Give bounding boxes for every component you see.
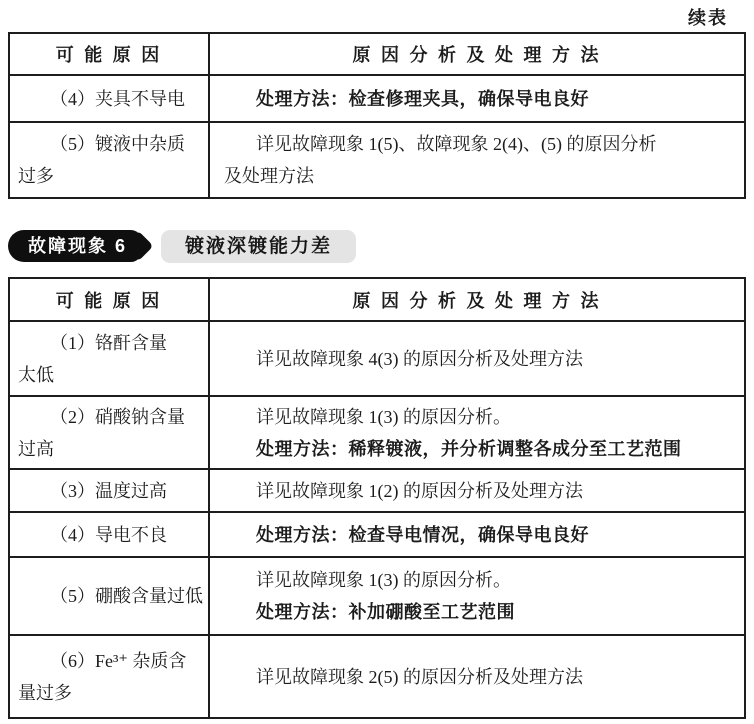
cause-line: （5）硼酸含量过低 — [18, 580, 202, 612]
analysis-cell: 详见故障现象 4(3) 的原因分析及处理方法 — [209, 321, 745, 396]
analysis-cell: 详见故障现象 1(3) 的原因分析。处理方法：补加硼酸至工艺范围 — [209, 557, 745, 635]
cause-cell: （4）导电不良 — [9, 512, 209, 557]
analysis-line: 详见故障现象 1(3) 的原因分析。 — [224, 564, 734, 596]
cause-line: （4）夹具不导电 — [18, 83, 202, 115]
analysis-line: 处理方法：补加硼酸至工艺范围 — [224, 596, 734, 628]
header-row: 可 能 原 因 原 因 分 析 及 处 理 方 法 — [9, 278, 745, 321]
cause-line: （1）铬酐含量 — [18, 327, 202, 359]
fault-table-deep-plating: 可 能 原 因 原 因 分 析 及 处 理 方 法 （1）铬酐含量太低详见故障现… — [8, 277, 746, 719]
cause-cell: （1）铬酐含量太低 — [9, 321, 209, 396]
header-row: 可 能 原 因 原 因 分 析 及 处 理 方 法 — [9, 33, 745, 75]
header-possible-cause: 可 能 原 因 — [9, 278, 209, 321]
cause-line: （3）温度过高 — [18, 475, 202, 507]
analysis-line: 处理方法：检查导电情况，确保导电良好 — [224, 519, 734, 551]
analysis-cell: 处理方法：检查修理夹具，确保导电良好 — [209, 75, 745, 122]
table-row: （2）硝酸钠含量过高详见故障现象 1(3) 的原因分析。处理方法：稀释镀液，并分… — [9, 396, 745, 469]
header-analysis-treatment: 原 因 分 析 及 处 理 方 法 — [209, 33, 745, 75]
table-row: （6）Fe³⁺ 杂质含量过多详见故障现象 2(5) 的原因分析及处理方法 — [9, 635, 745, 718]
cause-line: （6）Fe³⁺ 杂质含 — [18, 645, 202, 677]
cause-line: （4）导电不良 — [18, 519, 202, 551]
analysis-cell: 详见故障现象 1(2) 的原因分析及处理方法 — [209, 469, 745, 512]
cause-cell: （5）镀液中杂质过多 — [9, 122, 209, 198]
cause-cell: （2）硝酸钠含量过高 — [9, 396, 209, 469]
cause-cell: （6）Fe³⁺ 杂质含量过多 — [9, 635, 209, 718]
cause-cell: （4）夹具不导电 — [9, 75, 209, 122]
header-possible-cause: 可 能 原 因 — [9, 33, 209, 75]
table-row: （4）导电不良处理方法：检查导电情况，确保导电良好 — [9, 512, 745, 557]
analysis-line: 处理方法：检查修理夹具，确保导电良好 — [224, 83, 734, 115]
section-heading: 故障现象 6 镀液深镀能力差 — [8, 229, 356, 263]
analysis-cell: 详见故障现象 1(5)、故障现象 2(4)、(5) 的原因分析及处理方法 — [209, 122, 745, 198]
cause-line: （2）硝酸钠含量 — [18, 401, 202, 433]
header-analysis-treatment: 原 因 分 析 及 处 理 方 法 — [209, 278, 745, 321]
fault-phenomenon-badge-label: 故障现象 6 — [28, 236, 127, 256]
badge-pointer-shape — [122, 230, 153, 261]
table-header: 可 能 原 因 原 因 分 析 及 处 理 方 法 — [9, 278, 745, 321]
analysis-line: 详见故障现象 1(5)、故障现象 2(4)、(5) 的原因分析 — [224, 128, 734, 160]
continued-table-label: 续表 — [688, 4, 728, 30]
analysis-line: 详见故障现象 4(3) 的原因分析及处理方法 — [224, 343, 734, 375]
analysis-line: 处理方法：稀释镀液，并分析调整各成分至工艺范围 — [224, 433, 734, 465]
cause-line: 过多 — [18, 160, 202, 192]
analysis-cell: 处理方法：检查导电情况，确保导电良好 — [209, 512, 745, 557]
cause-cell: （5）硼酸含量过低 — [9, 557, 209, 635]
fault-table-continued: 可 能 原 因 原 因 分 析 及 处 理 方 法 （4）夹具不导电处理方法：检… — [8, 32, 746, 199]
table-row: （5）镀液中杂质过多详见故障现象 1(5)、故障现象 2(4)、(5) 的原因分… — [9, 122, 745, 198]
table-row: （5）硼酸含量过低详见故障现象 1(3) 的原因分析。处理方法：补加硼酸至工艺范… — [9, 557, 745, 635]
analysis-line: 详见故障现象 1(3) 的原因分析。 — [224, 401, 734, 433]
analysis-line: 详见故障现象 2(5) 的原因分析及处理方法 — [224, 661, 734, 693]
table-row: （1）铬酐含量太低详见故障现象 4(3) 的原因分析及处理方法 — [9, 321, 745, 396]
table-row: （4）夹具不导电处理方法：检查修理夹具，确保导电良好 — [9, 75, 745, 122]
cause-line: 量过多 — [18, 677, 202, 709]
analysis-line: 及处理方法 — [224, 160, 734, 192]
cause-line: （5）镀液中杂质 — [18, 128, 202, 160]
analysis-cell: 详见故障现象 2(5) 的原因分析及处理方法 — [209, 635, 745, 718]
table-header: 可 能 原 因 原 因 分 析 及 处 理 方 法 — [9, 33, 745, 75]
fault-phenomenon-badge: 故障现象 6 — [8, 230, 141, 262]
table-row: （3）温度过高详见故障现象 1(2) 的原因分析及处理方法 — [9, 469, 745, 512]
analysis-line: 详见故障现象 1(2) 的原因分析及处理方法 — [224, 475, 734, 507]
cause-line: 过高 — [18, 433, 202, 465]
section-title: 镀液深镀能力差 — [161, 230, 356, 263]
analysis-cell: 详见故障现象 1(3) 的原因分析。处理方法：稀释镀液，并分析调整各成分至工艺范… — [209, 396, 745, 469]
cause-cell: （3）温度过高 — [9, 469, 209, 512]
cause-line: 太低 — [18, 359, 202, 391]
